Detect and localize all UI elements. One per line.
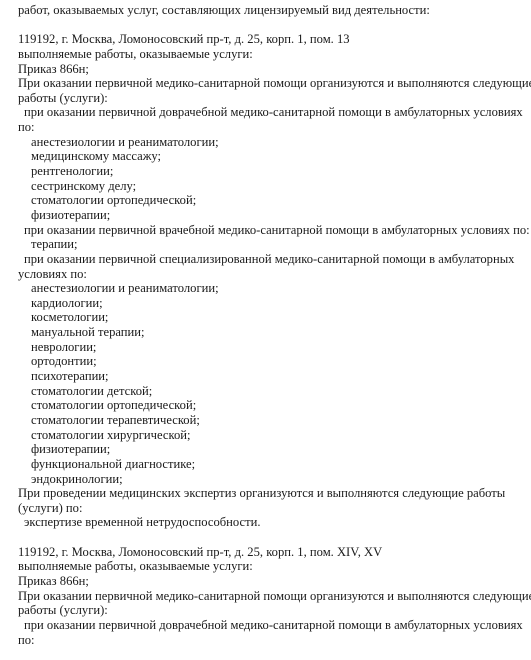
document-line: (услуги) по: [18,501,531,516]
document-line: при оказании первичной доврачебной медик… [18,618,531,633]
document-line: 119192, г. Москва, Ломоносовский пр-т, д… [18,545,531,560]
document-line: неврологии; [18,340,531,355]
document-line: При оказании первичной медико-санитарной… [18,76,531,91]
document-line: функциональной диагностике; [18,457,531,472]
document-line: стоматологии ортопедической; [18,398,531,413]
document-line: при оказании первичной доврачебной медик… [18,105,531,120]
document-line: мануальной терапии; [18,325,531,340]
document-line: экспертизе временной нетрудоспособности. [18,515,531,530]
document-line: 119192, г. Москва, Ломоносовский пр-т, д… [18,32,531,47]
document-line: стоматологии ортопедической; [18,193,531,208]
document-line: анестезиологии и реаниматологии; [18,135,531,150]
license-document: работ, оказываемых услуг, составляющих л… [0,0,531,647]
document-line: при оказании первичной врачебной медико-… [18,223,531,238]
document-line: терапии; [18,237,531,252]
document-line: ортодонтии; [18,354,531,369]
document-line: сестринскому делу; [18,179,531,194]
document-line: выполняемые работы, оказываемые услуги: [18,47,531,62]
document-line: При оказании первичной медико-санитарной… [18,589,531,604]
document-line: при оказании первичной специализированно… [18,252,531,267]
document-line: При проведении медицинских экспертиз орг… [18,486,531,501]
document-line: стоматологии хирургической; [18,428,531,443]
document-line: по: [18,633,531,648]
blank-line [18,18,531,33]
blank-line [18,530,531,545]
document-line: медицинскому массажу; [18,149,531,164]
document-line: физиотерапии; [18,442,531,457]
document-line: эндокринологии; [18,472,531,487]
document-line: работы (услуги): [18,91,531,106]
document-line: психотерапии; [18,369,531,384]
document-line: анестезиологии и реаниматологии; [18,281,531,296]
document-line: физиотерапии; [18,208,531,223]
document-line: косметологии; [18,310,531,325]
document-line: стоматологии терапевтической; [18,413,531,428]
document-line: работы (услуги): [18,603,531,618]
document-line: кардиологии; [18,296,531,311]
document-line: Приказ 866н; [18,62,531,77]
document-line: по: [18,120,531,135]
document-line: выполняемые работы, оказываемые услуги: [18,559,531,574]
document-line: условиях по: [18,267,531,282]
document-line: стоматологии детской; [18,384,531,399]
document-line: рентгенологии; [18,164,531,179]
document-line: работ, оказываемых услуг, составляющих л… [18,3,531,18]
document-line: Приказ 866н; [18,574,531,589]
